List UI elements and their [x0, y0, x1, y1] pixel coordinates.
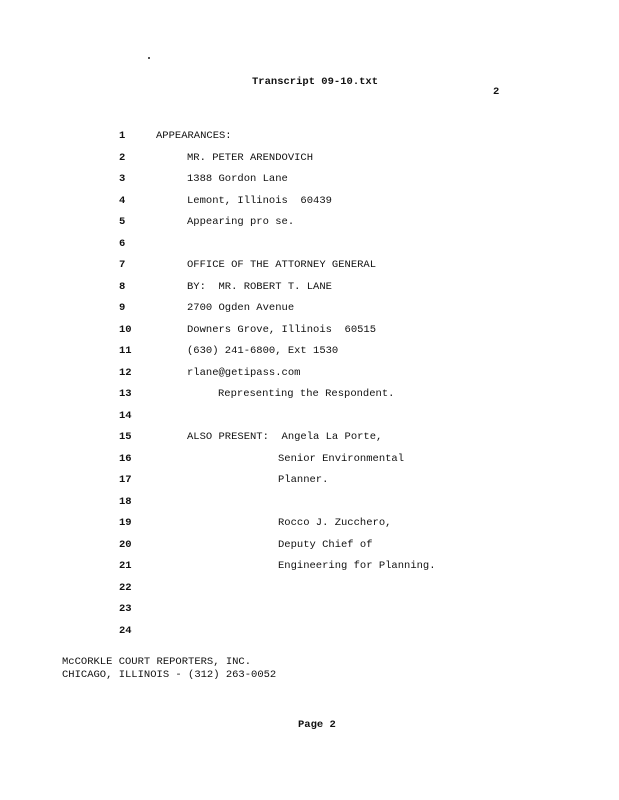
line-number: 13 [119, 388, 149, 400]
footer-page-label: Page 2 [298, 719, 336, 731]
line-number: 6 [119, 238, 149, 250]
line-text: Senior Environmental [278, 453, 404, 465]
line-number: 11 [119, 345, 149, 357]
line-number: 22 [119, 582, 149, 594]
line-number: 8 [119, 281, 149, 293]
line-text: Engineering for Planning. [278, 560, 436, 572]
line-text: APPEARANCES: [156, 130, 232, 142]
line-number: 16 [119, 453, 149, 465]
line-text: BY: MR. ROBERT T. LANE [187, 281, 332, 293]
document-title: Transcript 09-10.txt [252, 76, 378, 88]
line-number: 2 [119, 152, 149, 164]
line-number: 5 [119, 216, 149, 228]
line-text: 1388 Gordon Lane [187, 173, 288, 185]
line-number: 18 [119, 496, 149, 508]
line-text: (630) 241-6800, Ext 1530 [187, 345, 338, 357]
line-number: 23 [119, 603, 149, 615]
line-text: 2700 Ogden Avenue [187, 302, 294, 314]
line-text: Appearing pro se. [187, 216, 294, 228]
page-number: 2 [493, 86, 499, 98]
line-number: 24 [119, 625, 149, 637]
line-number: 19 [119, 517, 149, 529]
line-number: 9 [119, 302, 149, 314]
line-number: 10 [119, 324, 149, 336]
stray-mark [148, 57, 150, 59]
line-number: 7 [119, 259, 149, 271]
line-number: 14 [119, 410, 149, 422]
line-text: Planner. [278, 474, 328, 486]
line-text: Deputy Chief of [278, 539, 373, 551]
line-number: 15 [119, 431, 149, 443]
line-text: Lemont, Illinois 60439 [187, 195, 332, 207]
line-number: 17 [119, 474, 149, 486]
line-text: OFFICE OF THE ATTORNEY GENERAL [187, 259, 376, 271]
line-number: 20 [119, 539, 149, 551]
line-number: 21 [119, 560, 149, 572]
line-text: MR. PETER ARENDOVICH [187, 152, 313, 164]
line-number: 1 [119, 130, 149, 142]
line-text: ALSO PRESENT: Angela La Porte, [187, 431, 382, 443]
line-number: 4 [119, 195, 149, 207]
line-text: rlane@getipass.com [187, 367, 300, 379]
line-number: 12 [119, 367, 149, 379]
line-text: Representing the Respondent. [218, 388, 394, 400]
footer-company: McCORKLE COURT REPORTERS, INC. [62, 656, 251, 668]
line-text: Rocco J. Zucchero, [278, 517, 391, 529]
footer-contact: CHICAGO, ILLINOIS - (312) 263-0052 [62, 669, 276, 681]
line-text: Downers Grove, Illinois 60515 [187, 324, 376, 336]
line-number: 3 [119, 173, 149, 185]
